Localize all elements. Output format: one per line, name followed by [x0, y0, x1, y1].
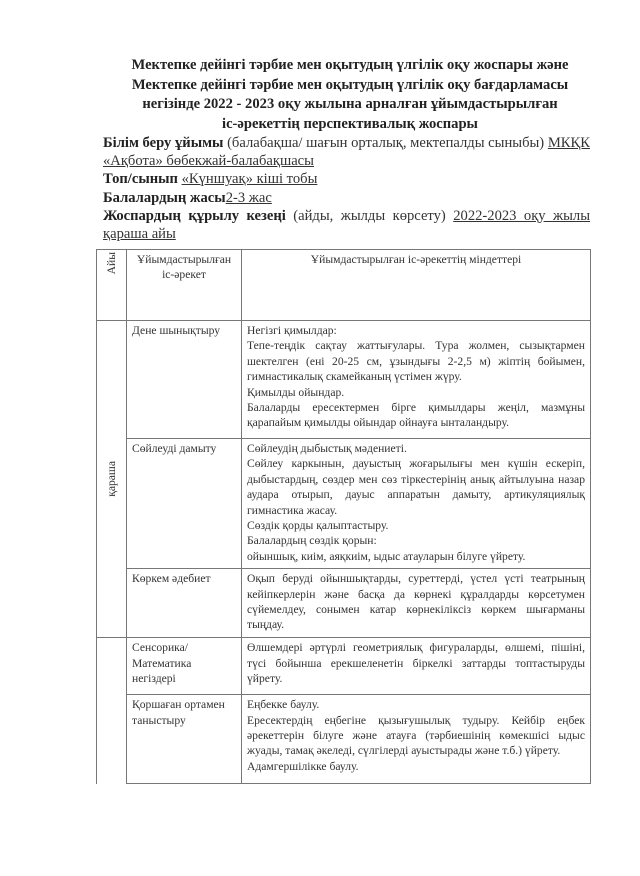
activity-cell: Дене шынықтыру — [127, 321, 242, 439]
header-activity: Ұйымдастырылған іс-әрекет — [127, 250, 242, 321]
period-line: Жоспардың құрылу кезеңі (айды, жылды көр… — [103, 207, 590, 225]
document-page: Мектепке дейінгі тәрбие мен оқытудың үлг… — [0, 0, 640, 876]
month-cell: қараша — [97, 321, 127, 638]
header-month: Айы — [97, 250, 127, 321]
period-line-2: қараша айы — [103, 225, 590, 243]
table-row: Қоршаған ортамен таныстыру Еңбекке баулу… — [97, 695, 591, 784]
title-line: Мектепке дейінгі тәрбие мен оқытудың үлг… — [100, 56, 600, 76]
activity-cell: Сөйлеуді дамыту — [127, 439, 242, 569]
org-name: «Ақбота» бөбекжай-балабақшасы — [103, 153, 314, 169]
org-line: Білім беру ұйымы (балабақша/ шағын ортал… — [103, 134, 590, 152]
age-label: Балалардың жасы — [103, 190, 226, 206]
tasks-cell: Сөйлеудің дыбыстық мәдениеті. Сөйлеу кар… — [242, 439, 591, 569]
tasks-cell: Оқып беруді ойыншықтарды, суреттерді, үс… — [242, 569, 591, 638]
title-line: Мектепке дейінгі тәрбие мен оқытудың үлг… — [100, 76, 600, 96]
activity-cell: Көркем әдебиет — [127, 569, 242, 638]
table-row: Сөйлеуді дамыту Сөйлеудің дыбыстық мәден… — [97, 439, 591, 569]
title-line: іс-әрекеттің перспективалық жоспары — [100, 115, 600, 135]
group-value: «Күншуақ» кіші тобы — [182, 171, 318, 187]
period-hint: (айды, жылды көрсету) — [286, 208, 453, 224]
document-meta: Білім беру ұйымы (балабақша/ шағын ортал… — [103, 134, 590, 243]
activity-cell: Сенсорика/ Математика негіздері — [127, 638, 242, 695]
tasks-cell: Негізгі қимылдар: Тепе-теңдік сақтау жат… — [242, 321, 591, 439]
tasks-cell: Еңбекке баулу. Ересектердің еңбегіне қыз… — [242, 695, 591, 784]
table-row: қараша Дене шынықтыру Негізгі қимылдар: … — [97, 321, 591, 439]
activity-cell: Қоршаған ортамен таныстыру — [127, 695, 242, 784]
period-month: қараша айы — [103, 226, 176, 242]
document-title: Мектепке дейінгі тәрбие мен оқытудың үлг… — [100, 56, 600, 134]
table-row: Сенсорика/ Математика негіздері Өлшемдер… — [97, 638, 591, 695]
table-header-row: Айы Ұйымдастырылған іс-әрекет Ұйымдастыр… — [97, 250, 591, 321]
group-line: Топ/сынып «Күншуақ» кіші тобы — [103, 170, 590, 188]
age-value: 2-3 жас — [226, 190, 272, 206]
month-cell — [97, 638, 127, 784]
org-value: МКҚК — [548, 135, 590, 151]
header-tasks: Ұйымдастырылған іс-әрекеттің міндеттері — [242, 250, 591, 321]
tasks-cell: Өлшемдері әртүрлі геометриялық фигуралар… — [242, 638, 591, 695]
title-line: негізінде 2022 - 2023 оқу жылына арналға… — [100, 95, 600, 115]
table-row: Көркем әдебиет Оқып беруді ойыншықтарды,… — [97, 569, 591, 638]
plan-table: Айы Ұйымдастырылған іс-әрекет Ұйымдастыр… — [96, 249, 591, 784]
period-value: 2022-2023 оқу жылы — [453, 208, 590, 224]
age-line: Балалардың жасы2-3 жас — [103, 189, 590, 207]
org-label: Білім беру ұйымы — [103, 135, 223, 151]
period-label: Жоспардың құрылу кезеңі — [103, 208, 286, 224]
group-label: Топ/сынып — [103, 171, 182, 187]
month-label: қараша — [104, 461, 119, 497]
org-hint: (балабақша/ шағын орталық, мектепалды сы… — [223, 135, 547, 151]
org-line-2: «Ақбота» бөбекжай-балабақшасы — [103, 152, 590, 170]
